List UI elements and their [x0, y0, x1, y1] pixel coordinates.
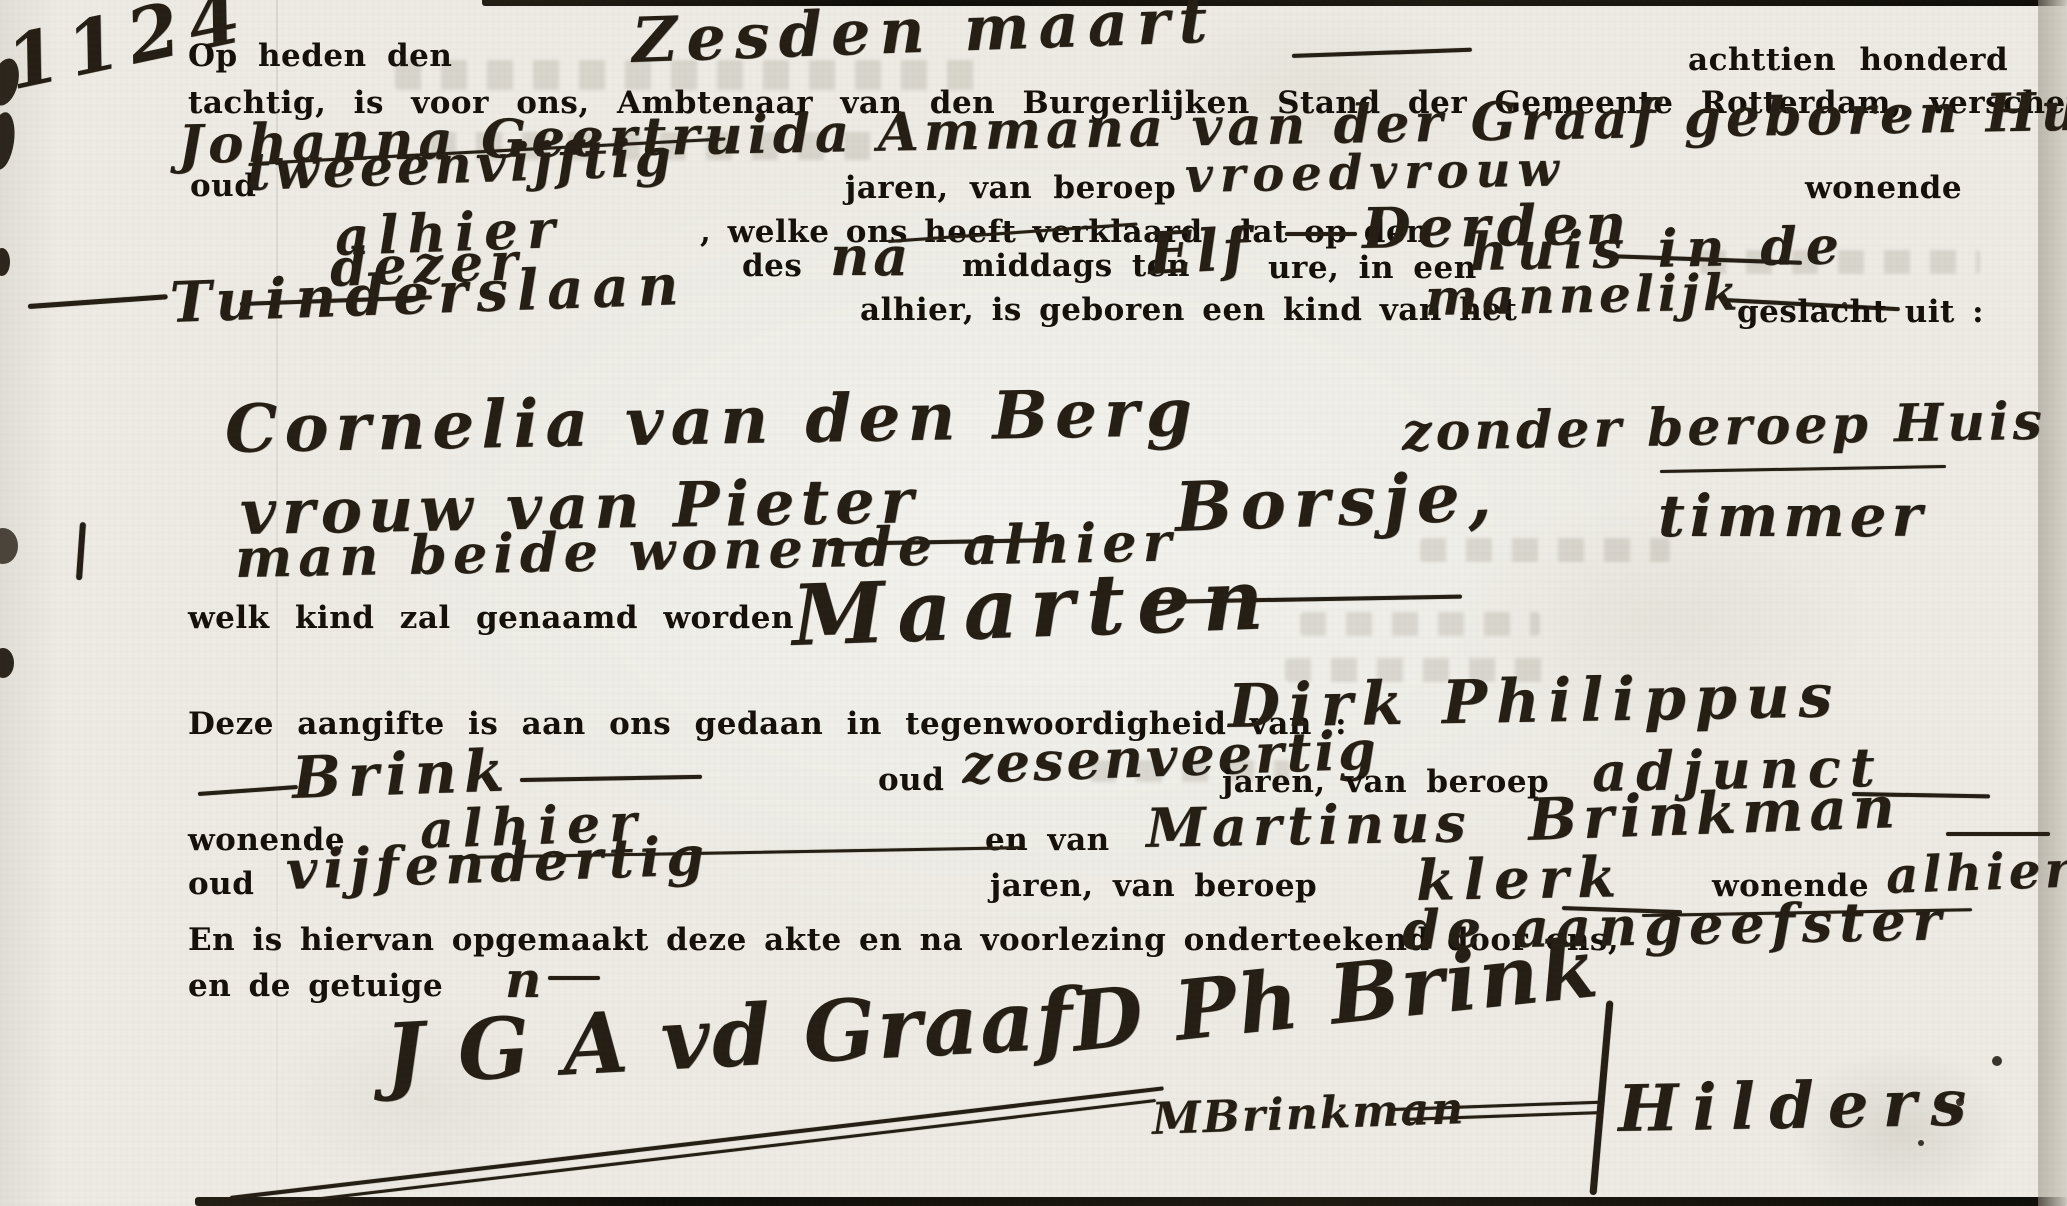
printed-des: des: [742, 248, 802, 284]
ink-smudge: [0, 528, 18, 564]
form-border-bottom: [195, 1197, 2067, 1206]
registrar-cross-stroke: [1590, 1000, 1614, 1195]
pen-flourish: [28, 294, 168, 309]
pen-flourish: [548, 976, 600, 980]
signature-flourish: [262, 1099, 1156, 1206]
printed-geslacht-uit: geslacht uit :: [1737, 294, 1984, 330]
ink-smudge: [0, 111, 18, 172]
margin-tally-stroke: [76, 522, 86, 580]
printed-alhier-geboren: alhier, is geboren een kind van het: [860, 292, 1517, 328]
hw-child-name: Maarten: [790, 549, 1277, 665]
signature-declarant: J G A vd Graaf: [382, 969, 1076, 1104]
hw-witness2-age: vijfendertig: [285, 823, 711, 902]
hw-daypart: na: [830, 224, 912, 288]
hw-hour: Elf: [1146, 215, 1253, 288]
printed-wonende-1: wonende: [1805, 170, 1962, 206]
birth-certificate-scan: 1124 Op heden den Zesden maart achttien …: [0, 0, 2067, 1206]
printed-en-de-getuige: en de getuige: [188, 968, 443, 1004]
ink-bleedthrough: [1300, 612, 1540, 636]
signature-registrar: Hilders: [1617, 1066, 1981, 1147]
ink-smudge: [0, 248, 10, 276]
hw-witness2-lastname: Brinkman: [1527, 773, 1902, 854]
pen-flourish: [520, 775, 702, 782]
printed-welk-kind: welk kind zal genaamd worden: [188, 600, 794, 636]
pen-flourish: [1285, 232, 1357, 236]
printed-jaren-beroep-3: jaren, van beroep: [990, 868, 1317, 904]
dust-speck: [1992, 1056, 2002, 1066]
hw-street: Tuinderslaan: [169, 252, 689, 336]
printed-oud-3: oud: [188, 866, 254, 902]
hw-date: Zesden maart: [631, 0, 1218, 77]
page-edge-right: [2038, 0, 2067, 1206]
hw-mother-line1: Cornelia van den Berg: [224, 373, 1199, 468]
hw-father-name: Borsje,: [1174, 457, 1501, 548]
pen-flourish: [1946, 832, 2050, 836]
pen-flourish: [1660, 465, 1946, 473]
signature-flourish: [230, 1086, 1164, 1200]
printed-jaren-beroep-1: jaren, van beroep: [845, 170, 1176, 206]
hw-mother-line1b: zonder beroep Huis: [1401, 391, 2046, 463]
printed-op-heden-den: Op heden den: [188, 38, 452, 74]
pen-flourish: [1292, 48, 1472, 58]
hw-gender: mannelijk: [1424, 262, 1742, 327]
pen-flourish: [198, 785, 298, 796]
signature-witness2: MBrinkman: [1151, 1083, 1466, 1145]
printed-oud-2: oud: [878, 762, 944, 798]
printed-en-van: en van: [985, 822, 1110, 858]
hw-father-profession: timmer: [1658, 482, 1927, 550]
ink-bleedthrough: [1420, 538, 1670, 562]
ink-smudge: [0, 648, 14, 678]
printed-achttien-honderd: achttien honderd: [1688, 42, 2008, 78]
